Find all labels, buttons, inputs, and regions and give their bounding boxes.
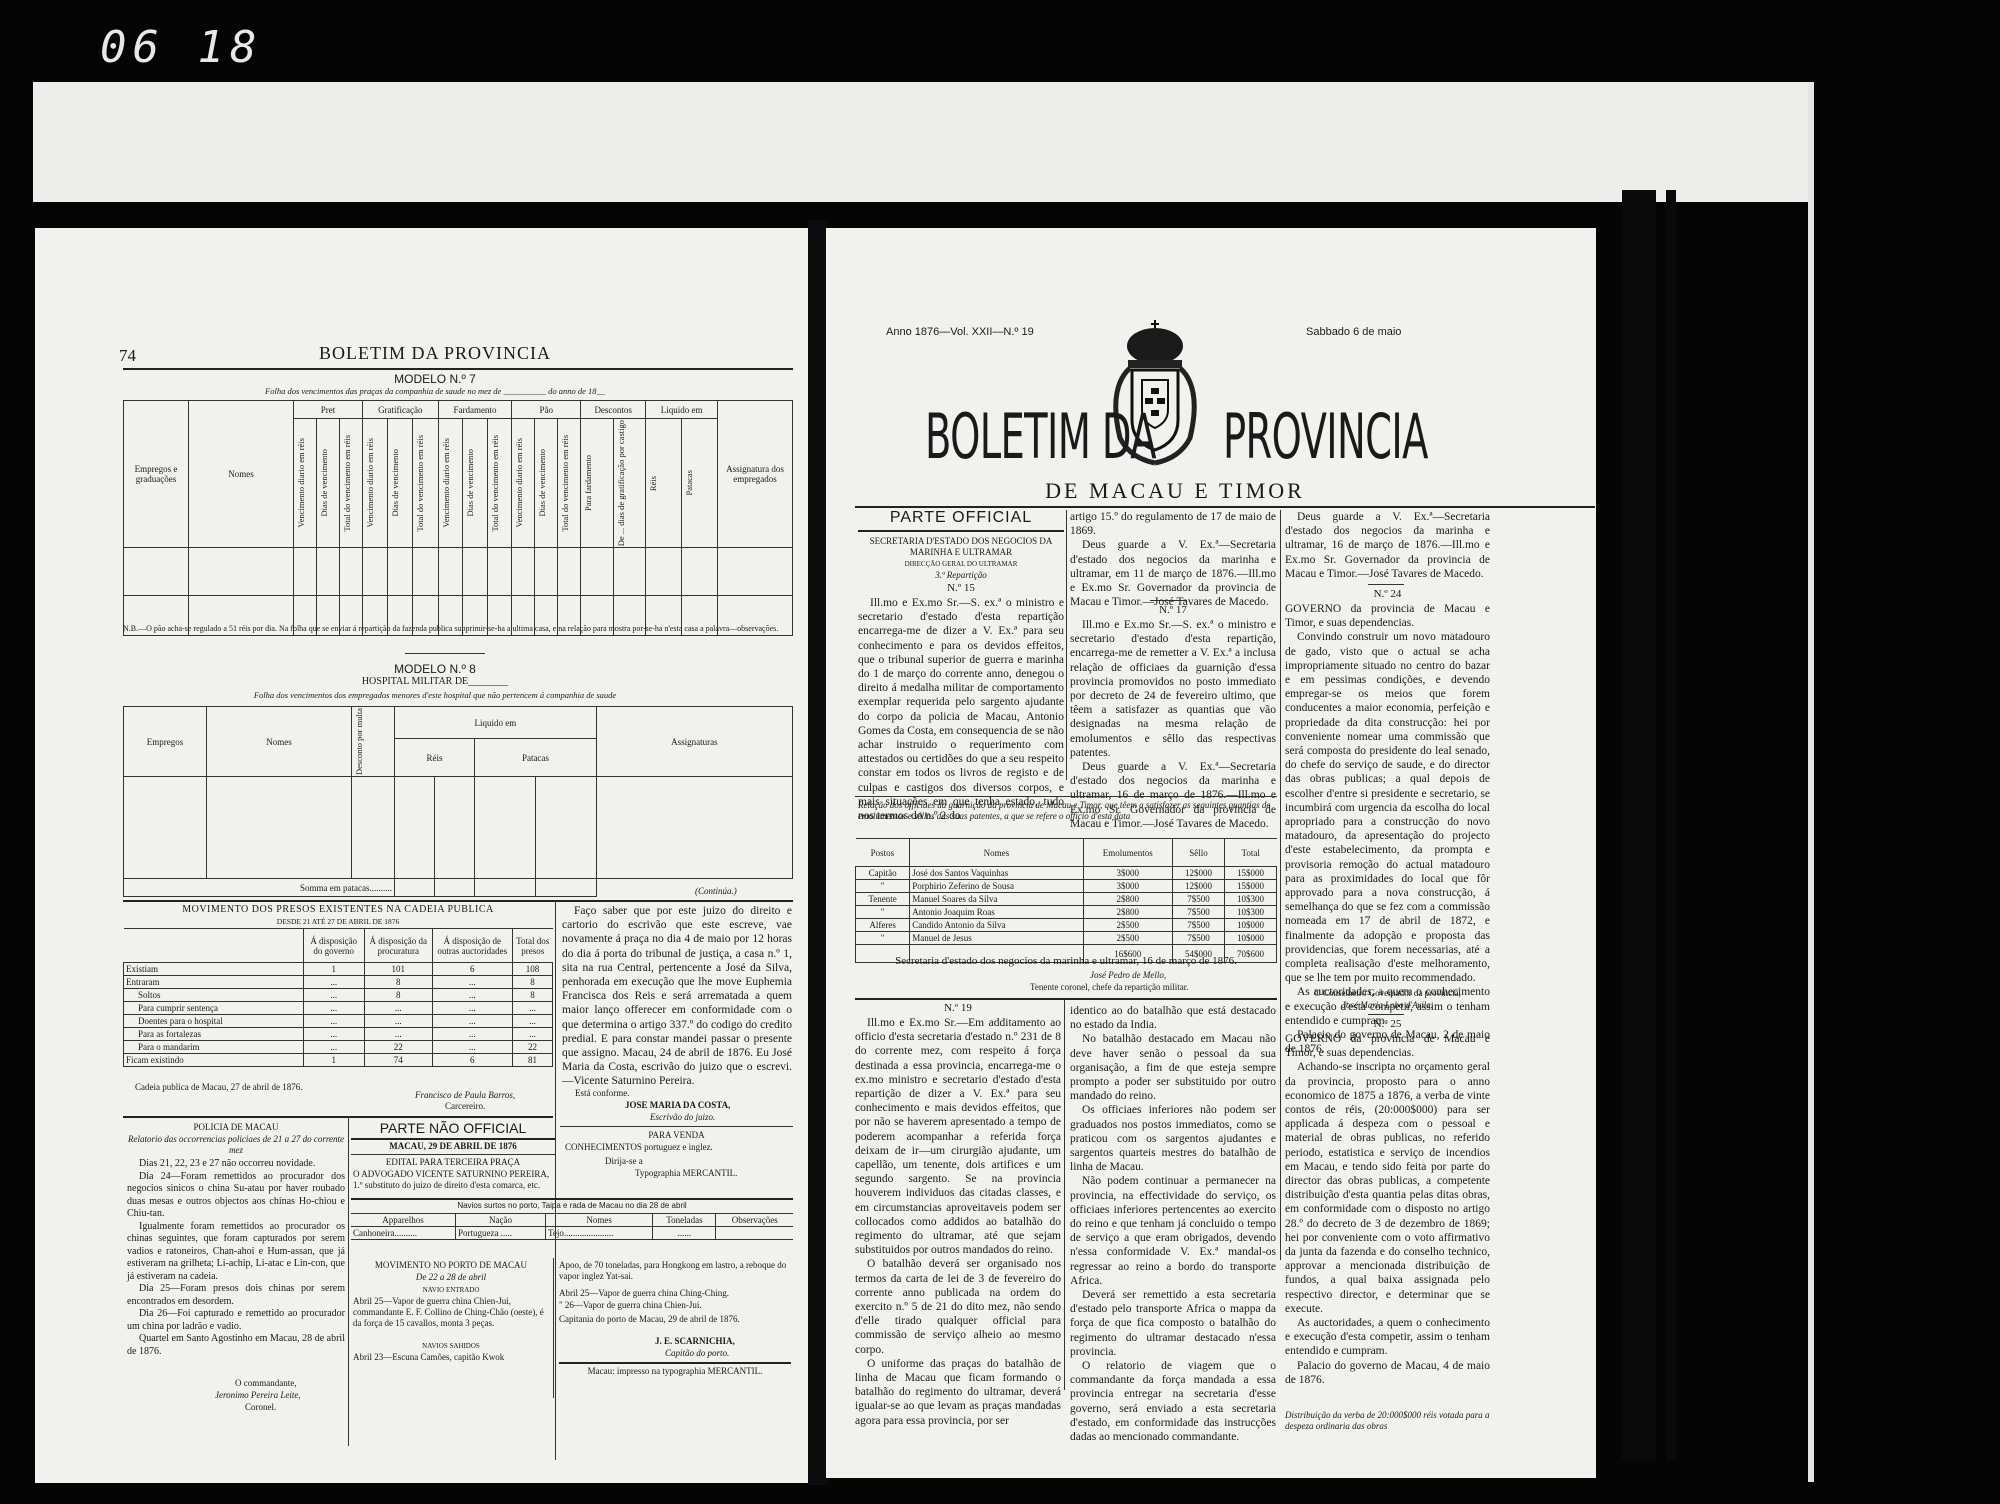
policia-sign3: Coronel. [245,1402,276,1413]
modelo7-title: MODELO N.º 7 [235,372,635,386]
table-row: "Manuel de Jesus2$5007$50010$000 [856,932,1277,945]
presos-table: Á disposição do governo Á disposição da … [123,928,553,1067]
porto-title: MOVIMENTO NO PORTO DE MACAU [351,1260,551,1271]
venda-title: PARA VENDA [560,1130,793,1141]
col-group-pao: Pão [512,401,581,419]
sub-vencimento: Vencimento diario em réis [441,438,451,527]
edital-title: EDITAL PARA TERCEIRA PRAÇA [351,1157,555,1168]
porto-cont: Apoo, de 70 toneladas, para Hongkong em … [559,1260,791,1282]
table-row: AlferesCandido Antonio da Silva2$5007$50… [856,919,1277,932]
porto-abril25: Abril 25—Vapor de guerra china Ching-Chi… [559,1288,791,1299]
issue-info: Anno 1876—Vol. XXII—N.º 19 [886,326,1034,338]
decree-n25-text: GOVERNO da provincia de Macau e Timor, e… [1285,1032,1490,1387]
juizo-notice: Faço saber que por este juizo do direito… [562,904,792,1089]
left-page: 74 BOLETIM DA PROVINCIA MODELO N.º 7 Fol… [35,228,810,1483]
sub-total: Total do vencimento em réis [560,435,570,532]
col-group-pret: Pret [294,401,363,419]
juizo-sign: JOSE MARIA DA COSTA, [625,1100,730,1111]
page-number: 74 [119,346,136,366]
col-procuratura: Á disposição da procuratura [364,929,432,963]
col-empregos: Empregos e graduações [124,401,189,548]
running-head: BOLETIM DA PROVINCIA [235,343,635,364]
decree-n19-colA: Ill.mo e Ex.mo Sr.—Em additamento ao off… [855,1016,1061,1428]
venda-typo: Typographia MERCANTIL. [635,1168,737,1179]
page-gutter [808,220,828,1485]
policia-report: Dias 21, 22, 23 e 27 não occorreu novida… [127,1158,345,1358]
decree-n24: N.º 24 [1285,588,1490,600]
distribuicao-caption: Distribuição da verba de 20:000$000 réis… [1285,1410,1490,1432]
col-nomes: Nomes [207,707,352,777]
col-governo: Á disposição do governo [303,929,364,963]
relacao-sign: José Pedro de Mello, [1090,970,1166,981]
sub-total: Total do vencimento em réis [415,435,425,532]
secretaria-head: SECRETARIA D'ESTADO DOS NEGOCIOS DA MARI… [858,536,1064,558]
sub-dias: Dias de vencimento [465,449,475,517]
col-patacas: Patacas [475,739,597,777]
parte-nao-official-title: PARTE NÃO OFFICIAL [351,1120,555,1136]
table-row: Para as fortalezas............ [124,1028,553,1041]
n24-lobo: José Maria Lobo d'Avila. [1285,1000,1490,1011]
policia-sign2: Jeronimo Pereira Leite, [215,1390,301,1401]
modelo7-table: Empregos e graduações Nomes Pret Gratifi… [123,400,793,636]
relacao-role: Tenente coronel, chefe da repartição mil… [1030,982,1189,993]
relacao-secretaria: Secretaria d'estado dos negocios da mari… [855,955,1277,967]
col-desconto: Desconto por multa [354,708,364,775]
sub-dias: Dias de vencimento [537,449,547,517]
porto-capitania: Capitania do porto de Macau, 29 de abril… [559,1314,791,1325]
sub-vencimento: Vencimento diario em réis [365,438,375,527]
porto-abril26: " 26—Vapor de guerra china Chien-Jui. [559,1300,791,1311]
masthead-provincia: PROVINCIA [1223,400,1428,473]
sub-reis: Réis [648,476,658,491]
porto-sign: J. E. SCARNICHIA, [655,1336,735,1347]
juizo-conforme: Está conforme. [575,1088,629,1099]
porto-entrado: Abril 25—Vapor de guerra china Chien-Jui… [353,1296,551,1329]
relacao-caption: Relação dos officiaes da guarnição da pr… [858,800,1276,822]
porto-role: Capitão do porto. [665,1348,729,1359]
decree-n15-text: Ill.mo e Ex.mo Sr.—S. ex.ª o ministro e … [858,596,1064,823]
sub-patacas: Patacas [684,470,694,496]
col-group-descontos: Descontos [581,401,646,419]
policia-title: POLICIA DE MACAU [127,1122,345,1133]
porto-subtitle: De 22 a 28 de abril [351,1272,551,1283]
modelo8-hospital: HOSPITAL MILITAR DE________ [235,676,635,687]
col-outras: Á disposição de outras auctoridades [432,929,512,963]
col-total: Total dos presos [512,929,552,963]
continua-note: (Continúa.) [695,886,737,896]
sub-total: Total do vencimento em réis [342,435,352,532]
col-liquido: Liquido em [395,707,597,739]
edital-text: O ADVOGADO VICENTE SATURNINO PEREIRA, 1.… [353,1169,553,1191]
table-row: Doentes para o hospital............ [124,1015,553,1028]
col3-text1: Deus guarde a V. Ex.ª—Secretaria d'estad… [1285,510,1490,581]
masthead-boletim: BOLETIM DA [925,400,1156,473]
col-empregos: Empregos [124,707,207,777]
col-group-liquido: Liquido em [646,401,718,419]
modelo7-subtitle: Folha dos vencimentos das praças da comp… [135,386,735,396]
modelo7-note: N.B.—O pão acha-se regulado a 51 réis po… [123,623,793,634]
navios-title: Navios surtos no porto, Taipa e rada de … [351,1201,793,1210]
table-row: Soltos...8...8 [124,989,553,1002]
col2-text: artigo 15.º do regulamento de 17 de maio… [1070,510,1276,609]
n24-cons: O Conselheiro Governador da provincia, [1285,988,1490,999]
binding-edge [1666,190,1676,1460]
somma-patacas: Somma em patacas.......... [124,879,395,897]
sub-castigo: De ... dias de gratificação por castigo [616,420,626,546]
table-row: Para o mandarim...22...22 [124,1041,553,1054]
juizo-role: Escrivão do juizo. [650,1112,715,1123]
table-row: Canhoneira..........Portugueza .....Tejo… [351,1227,793,1240]
presos-subtitle: DESDE 21 ATÉ 27 DE ABRIL DE 1876 [123,917,553,926]
previous-frame-strip [33,82,1813,202]
decree-n15: N.º 15 [858,582,1064,594]
col-group-gratificacao: Gratificação [362,401,438,419]
relacao-table: Postos Nomes Emolumentos Sêllo Total Cap… [855,838,1277,963]
policia-sign1: O commandante, [235,1378,296,1389]
porto-sahidos: Abril 23—Escuna Camões, capitão Kwok [353,1352,551,1363]
sub-total: Total do vencimento em réis [490,435,500,532]
presos-footer-role: Carcereiro. [445,1101,485,1112]
sub-fardamento: Para fardamento [583,455,593,511]
decree-n19-colB: identico ao do batalhão que está destaca… [1070,1004,1276,1444]
masthead-subtitle: DE MACAU E TIMOR [940,478,1410,504]
col-group-fardamento: Fardamento [438,401,512,419]
issue-date: Sabbado 6 de maio [1306,326,1401,338]
table-row: CapitãoJosé dos Santos Vaquinhas3$00012$… [856,867,1277,880]
venda-dirija: Dirija-se a [605,1156,643,1167]
decree-n19: N.º 19 [855,1002,1061,1014]
direccao-head: DIRECÇÃO GERAL DO ULTRAMAR [858,560,1064,568]
parte-official-title: PARTE OFFICIAL [858,509,1064,527]
nao-official-dateline: MACAU, 29 DE ABRIL DE 1876 [351,1141,555,1152]
sub-vencimento: Vencimento diario em réis [296,438,306,527]
table-row: Ficam existindo174681 [124,1054,553,1067]
table-row: Existiam11016108 [124,963,553,976]
col-reis: Réis [395,739,475,777]
table-row: "Antonio Joaquim Roas2$8007$50010$300 [856,906,1277,919]
venda-text: CONHECIMENTOS portuguez e inglez. [565,1142,790,1153]
decree-n25: N.º 25 [1285,1018,1490,1030]
navios-table: ApparelhosNaçãoNomesToneladasObservações… [351,1213,793,1240]
film-frame-number: 06 18 [100,22,262,73]
sub-dias: Dias de vencimento [390,449,400,517]
col-assignatura: Assignatura dos empregados [718,401,793,548]
reparticao-head: 3.ª Repartição [858,570,1064,581]
table-row: "Porphirio Zeferino de Sousa3$00012$0001… [856,880,1277,893]
col-assignaturas: Assignaturas [596,707,792,777]
presos-footer-sign: Francisco de Paula Barros, [415,1090,515,1101]
presos-title: MOVIMENTO DOS PRESOS EXISTENTES NA CADEI… [123,904,553,915]
modelo8-title: MODELO N.º 8 [235,662,635,676]
film-edge-strip [1808,82,1814,1482]
col-nomes: Nomes [189,401,294,548]
modelo8-subtitle: Folha dos vencimentos dos empregados men… [135,690,735,700]
imprint: Macau: impresso na typographia MERCANTIL… [559,1366,791,1377]
entrado-label: NAVIO ENTRADO [351,1286,551,1294]
policia-subtitle: Relatorio das occorrencias policiaes de … [127,1134,345,1156]
sub-dias: Dias de vencimento [319,449,329,517]
sahidos-label: NAVIOS SAHIDOS [351,1342,551,1350]
decree-n17: N.º 17 [1070,604,1276,616]
table-row: Para cumprir sentença............ [124,1002,553,1015]
binding-spine [1622,190,1656,1460]
table-row: Entraram...8...8 [124,976,553,989]
table-row: TenenteManuel Soares da Silva2$8007$5001… [856,893,1277,906]
modelo8-table: Empregos Nomes Desconto por multa Liquid… [123,706,793,897]
presos-footer-place: Cadeia publica de Macau, 27 de abril de … [135,1082,302,1093]
sub-vencimento: Vencimento diario em réis [514,438,524,527]
